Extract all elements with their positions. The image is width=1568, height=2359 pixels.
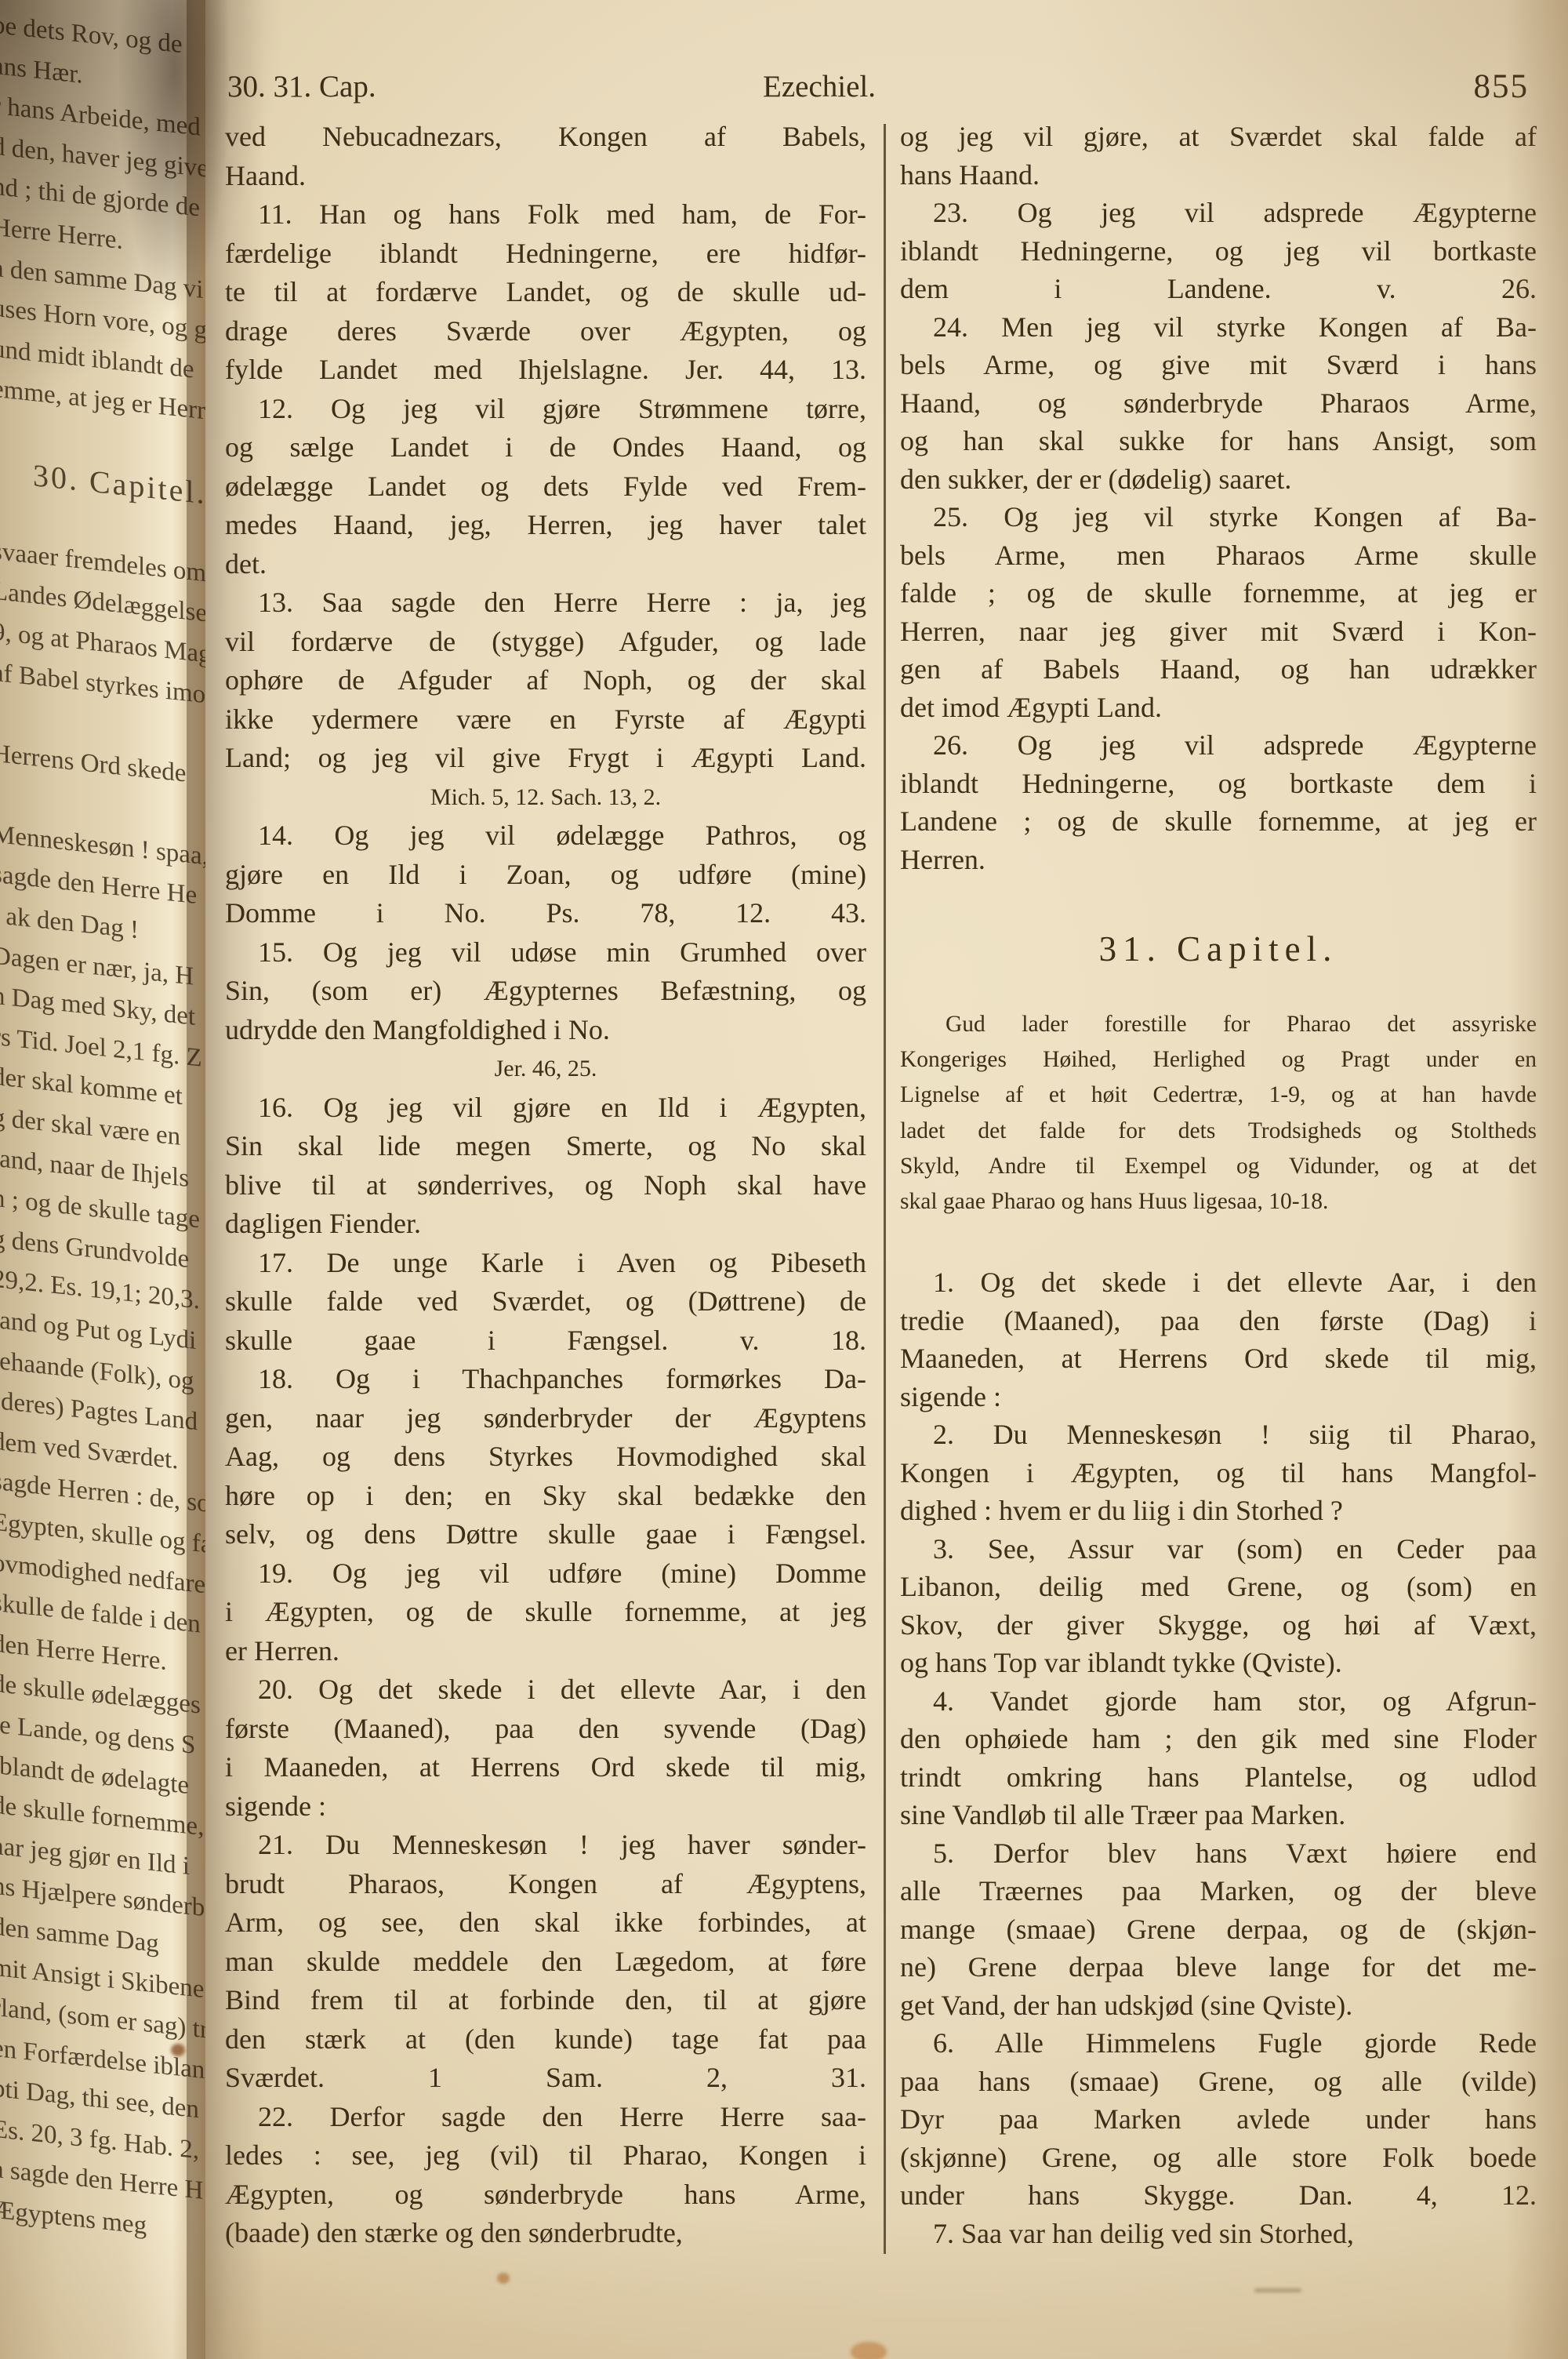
- text-line: ophøre de Afguder af Noph, og der skal: [225, 661, 866, 700]
- text-line: 26. Og jeg vil adsprede Ægypterne: [900, 726, 1537, 765]
- text-line: dighed : hvem er du liig i din Storhed ?: [900, 1492, 1537, 1530]
- text-line: brudt Pharaos, Kongen af Ægyptens,: [225, 1865, 866, 1904]
- text-line: mange (smaae) Grene derpaa, og de (skjøn…: [900, 1910, 1537, 1949]
- column-divider-rule: [884, 124, 886, 2254]
- text-line: Libanon, deilig med Grene, og (som) en: [900, 1568, 1537, 1606]
- text-line: Haand, og sønderbryde Pharaos Arme,: [900, 384, 1537, 423]
- text-line: Herren.: [900, 841, 1537, 879]
- text-line: ved Nebucadnezars, Kongen af Babels,: [225, 118, 866, 157]
- text-line: get Vand, der han udskjød (sine Qviste).: [900, 1986, 1537, 2025]
- text-line: paa hans (smaae) Grene, og alle (vilde): [900, 2063, 1537, 2101]
- text-line: (baade) den stærke og den sønderbrudte,: [225, 2214, 866, 2253]
- text-line: 5. Derfor blev hans Væxt høiere end: [900, 1834, 1537, 1873]
- text-line: sine Vandløb til alle Træer paa Marken.: [900, 1796, 1537, 1834]
- text-line: hans Haand.: [900, 156, 1537, 194]
- text-line: bels Arme, men Pharaos Arme skulle: [900, 536, 1537, 575]
- text-line: medes Haand, jeg, Herren, jeg haver tale…: [225, 506, 866, 545]
- text-line: Arm, og see, den skal ikke forbindes, at: [225, 1903, 866, 1943]
- foxing-spot: [1254, 2288, 1301, 2292]
- text-line: det imod Ægypti Land.: [900, 689, 1537, 727]
- text-line: det.: [225, 545, 866, 584]
- text-line: gen af Babels Haand, og han udrækker: [900, 650, 1537, 689]
- text-line: iblandt Hedningerne, og bortkaste dem i: [900, 765, 1537, 803]
- text-line: 16. Og jeg vil gjøre en Ild i Ægypten,: [225, 1089, 866, 1128]
- text-line: Sin skal lide megen Smerte, og No skal: [225, 1127, 866, 1166]
- text-line: og jeg vil gjøre, at Sværdet skal falde …: [900, 118, 1537, 156]
- text-line: dagligen Fiender.: [225, 1205, 866, 1244]
- text-line: Ægypten, og sønderbryde hans Arme,: [225, 2175, 866, 2215]
- chapter31-verses: 1. Og det skede i det ellevte Aar, i den…: [900, 1263, 1537, 2252]
- foxing-spot: [851, 2342, 887, 2359]
- text-line: blive til at sønderrives, og Noph skal h…: [225, 1166, 866, 1205]
- text-line: vil fordærve de (stygge) Afguder, og lad…: [225, 623, 866, 662]
- text-line: den ophøiede ham ; den gik med sine Flod…: [900, 1720, 1537, 1758]
- summary-line: Skyld, Andre til Exempel og Vidunder, og…: [900, 1149, 1537, 1184]
- text-line: færdelige iblandt Hedningerne, ere hidfø…: [225, 234, 866, 274]
- text-line: Kongen i Ægypten, og til hans Mangfol-: [900, 1454, 1537, 1492]
- text-line: den stærk at (den kunde) tage fat paa: [225, 2020, 866, 2059]
- text-line: trindt omkring hans Plantelse, og udlod: [900, 1758, 1537, 1797]
- text-line: 4. Vandet gjorde ham stor, og Afgrun-: [900, 1682, 1537, 1721]
- text-line: ødelægge Landet og dets Fylde ved Frem-: [225, 467, 866, 507]
- text-line: drage deres Sværde over Ægypten, og: [225, 312, 866, 351]
- text-line: falde ; og de skulle fornemme, at jeg er: [900, 574, 1537, 612]
- text-line: 14. Og jeg vil ødelægge Pathros, og: [225, 816, 866, 856]
- text-line: og sælge Landet i de Ondes Haand, og: [225, 428, 866, 467]
- text-line: Dyr paa Marken avlede under hans: [900, 2100, 1537, 2139]
- text-line: og hans Top var iblandt tykke (Qviste).: [900, 1644, 1537, 1682]
- text-line: 3. See, Assur var (som) en Ceder paa: [900, 1530, 1537, 1568]
- text-line: 15. Og jeg vil udøse min Grumhed over: [225, 933, 866, 972]
- text-line: 23. Og jeg vil adsprede Ægypterne: [900, 194, 1537, 232]
- text-line: 7. Saa var han deilig ved sin Storhed,: [900, 2215, 1537, 2253]
- text-line: Sværdet. 1 Sam. 2, 31.: [225, 2059, 866, 2098]
- text-line: sigende :: [900, 1378, 1537, 1416]
- text-line: selv, og dens Døttre skulle gaae i Fængs…: [225, 1515, 866, 1554]
- text-line: Skov, der giver Skygge, og høi af Væxt,: [900, 1606, 1537, 1645]
- text-column-right: og jeg vil gjøre, at Sværdet skal falde …: [900, 118, 1537, 2252]
- text-line: 24. Men jeg vil styrke Kongen af Ba-: [900, 308, 1537, 347]
- text-line: te til at fordærve Landet, og de skulle …: [225, 273, 866, 312]
- summary-line: Gud lader forestille for Pharao det assy…: [900, 1007, 1537, 1042]
- text-line: Land; og jeg vil give Frygt i Ægypti Lan…: [225, 739, 866, 778]
- text-line: gjøre en Ild i Zoan, og udføre (mine): [225, 856, 866, 895]
- foxing-spot: [171, 2044, 185, 2056]
- text-line: Jer. 46, 25.: [225, 1049, 866, 1089]
- text-line: 19. Og jeg vil udføre (mine) Domme: [225, 1554, 866, 1594]
- text-line: 13. Saa sagde den Herre Herre : ja, jeg: [225, 583, 866, 623]
- text-line: (skjønne) Grene, og alle store Folk boed…: [900, 2139, 1537, 2177]
- text-line: under hans Skygge. Dan. 4, 12.: [900, 2176, 1537, 2215]
- text-line: i Maaneden, at Herrens Ord skede til mig…: [225, 1748, 866, 1787]
- text-line: 11. Han og hans Folk med ham, de For-: [225, 195, 866, 234]
- text-column-left: ved Nebucadnezars, Kongen af Babels,Haan…: [225, 118, 866, 2253]
- text-line: udrydde den Mangfoldighed i No.: [225, 1011, 866, 1050]
- book-page-photo: be dets Rov, og deans Hær.r hans Arbeide…: [0, 0, 1568, 2359]
- chapter-summary: Gud lader forestille for Pharao det assy…: [900, 1007, 1537, 1219]
- text-line: skulle gaae i Fængsel. v. 18.: [225, 1321, 866, 1361]
- text-line: 2. Du Menneskesøn ! siig til Pharao,: [900, 1416, 1537, 1454]
- text-line: Sin, (som er) Ægypternes Befæstning, og: [225, 972, 866, 1011]
- summary-line: ladet det falde for dets Trodsigheds og …: [900, 1114, 1537, 1149]
- chapter-heading: 31. Capitel.: [900, 930, 1537, 979]
- text-line: fylde Landet med Ihjelslagne. Jer. 44, 1…: [225, 351, 866, 390]
- text-line: 18. Og i Thachpanches formørkes Da-: [225, 1360, 866, 1399]
- summary-line: Lignelse af et høit Cedertræ, 1-9, og at…: [900, 1078, 1537, 1113]
- text-line: Maaneden, at Herrens Ord skede til mig,: [900, 1339, 1537, 1378]
- text-line: alle Træernes paa Marken, og der bleve: [900, 1872, 1537, 1910]
- header-book-title: Ezechiel.: [662, 69, 976, 104]
- text-line: gen, naar jeg sønderbryder der Ægyptens: [225, 1399, 866, 1438]
- text-line: 25. Og jeg vil styrke Kongen af Ba-: [900, 498, 1537, 536]
- text-line: 22. Derfor sagde den Herre Herre saa-: [225, 2098, 866, 2137]
- text-line: 20. Og det skede i det ellevte Aar, i de…: [225, 1670, 866, 1710]
- text-line: i Ægypten, og de skulle fornemme, at jeg: [225, 1593, 866, 1632]
- summary-line: Kongeriges Høihed, Herlighed og Pragt un…: [900, 1042, 1537, 1078]
- chapter30-continuation: og jeg vil gjøre, at Sværdet skal falde …: [900, 118, 1537, 878]
- text-line: er Herren.: [225, 1632, 866, 1671]
- summary-line: skal gaae Pharao og hans Huus ligesaa, 1…: [900, 1184, 1537, 1219]
- header-page-number: 855: [1474, 67, 1530, 106]
- text-line: Haand.: [225, 157, 866, 196]
- text-line: Mich. 5, 12. Sach. 13, 2.: [225, 778, 866, 817]
- text-line: høre op i den; en Sky skal bedække den: [225, 1477, 866, 1516]
- text-line: sigende :: [225, 1787, 866, 1826]
- text-line: Landene ; og de skulle fornemme, at jeg …: [900, 802, 1537, 841]
- text-line: første (Maaned), paa den syvende (Dag): [225, 1710, 866, 1749]
- text-line: 1. Og det skede i det ellevte Aar, i den: [900, 1263, 1537, 1302]
- text-line: ikke ydermere være en Fyrste af Ægypti: [225, 700, 866, 740]
- text-line: 17. De unge Karle i Aven og Pibeseth: [225, 1244, 866, 1283]
- text-line: Domme i No. Ps. 78, 12. 43.: [225, 894, 866, 933]
- foxing-spot: [497, 2273, 510, 2284]
- text-line: tredie (Maaned), paa den første (Dag) i: [900, 1302, 1537, 1340]
- running-head: 30. 31. Cap. Ezechiel. 855: [223, 69, 1537, 114]
- text-line: Aag, og dens Styrkes Hovmodighed skal: [225, 1438, 866, 1477]
- text-line: man skulde meddele den Lægedom, at føre: [225, 1943, 866, 1982]
- text-line: og han skal sukke for hans Ansigt, som: [900, 422, 1537, 460]
- header-chapter-range: 30. 31. Cap.: [227, 69, 376, 104]
- text-line: bels Arme, og give mit Sværd i hans: [900, 346, 1537, 384]
- text-line: den sukker, der er (dødelig) saaret.: [900, 460, 1537, 499]
- text-line: Herren, naar jeg giver mit Sværd i Kon-: [900, 612, 1537, 651]
- text-line: ne) Grene derpaa bleve lange for det me-: [900, 1948, 1537, 1986]
- text-line: 21. Du Menneskesøn ! jeg haver sønder-: [225, 1826, 866, 1865]
- text-line: skulle falde ved Sværdet, og (Døttrene) …: [225, 1282, 866, 1321]
- text-line: dem i Landene. v. 26.: [900, 270, 1537, 308]
- text-line: Bind frem til at forbinde den, til at gj…: [225, 1981, 866, 2020]
- text-line: ledes : see, jeg (vil) til Pharao, Konge…: [225, 2136, 866, 2175]
- text-line: iblandt Hedningerne, og jeg vil bortkast…: [900, 232, 1537, 271]
- text-line: 6. Alle Himmelens Fugle gjorde Rede: [900, 2024, 1537, 2063]
- text-line: 12. Og jeg vil gjøre Strømmene tørre,: [225, 390, 866, 429]
